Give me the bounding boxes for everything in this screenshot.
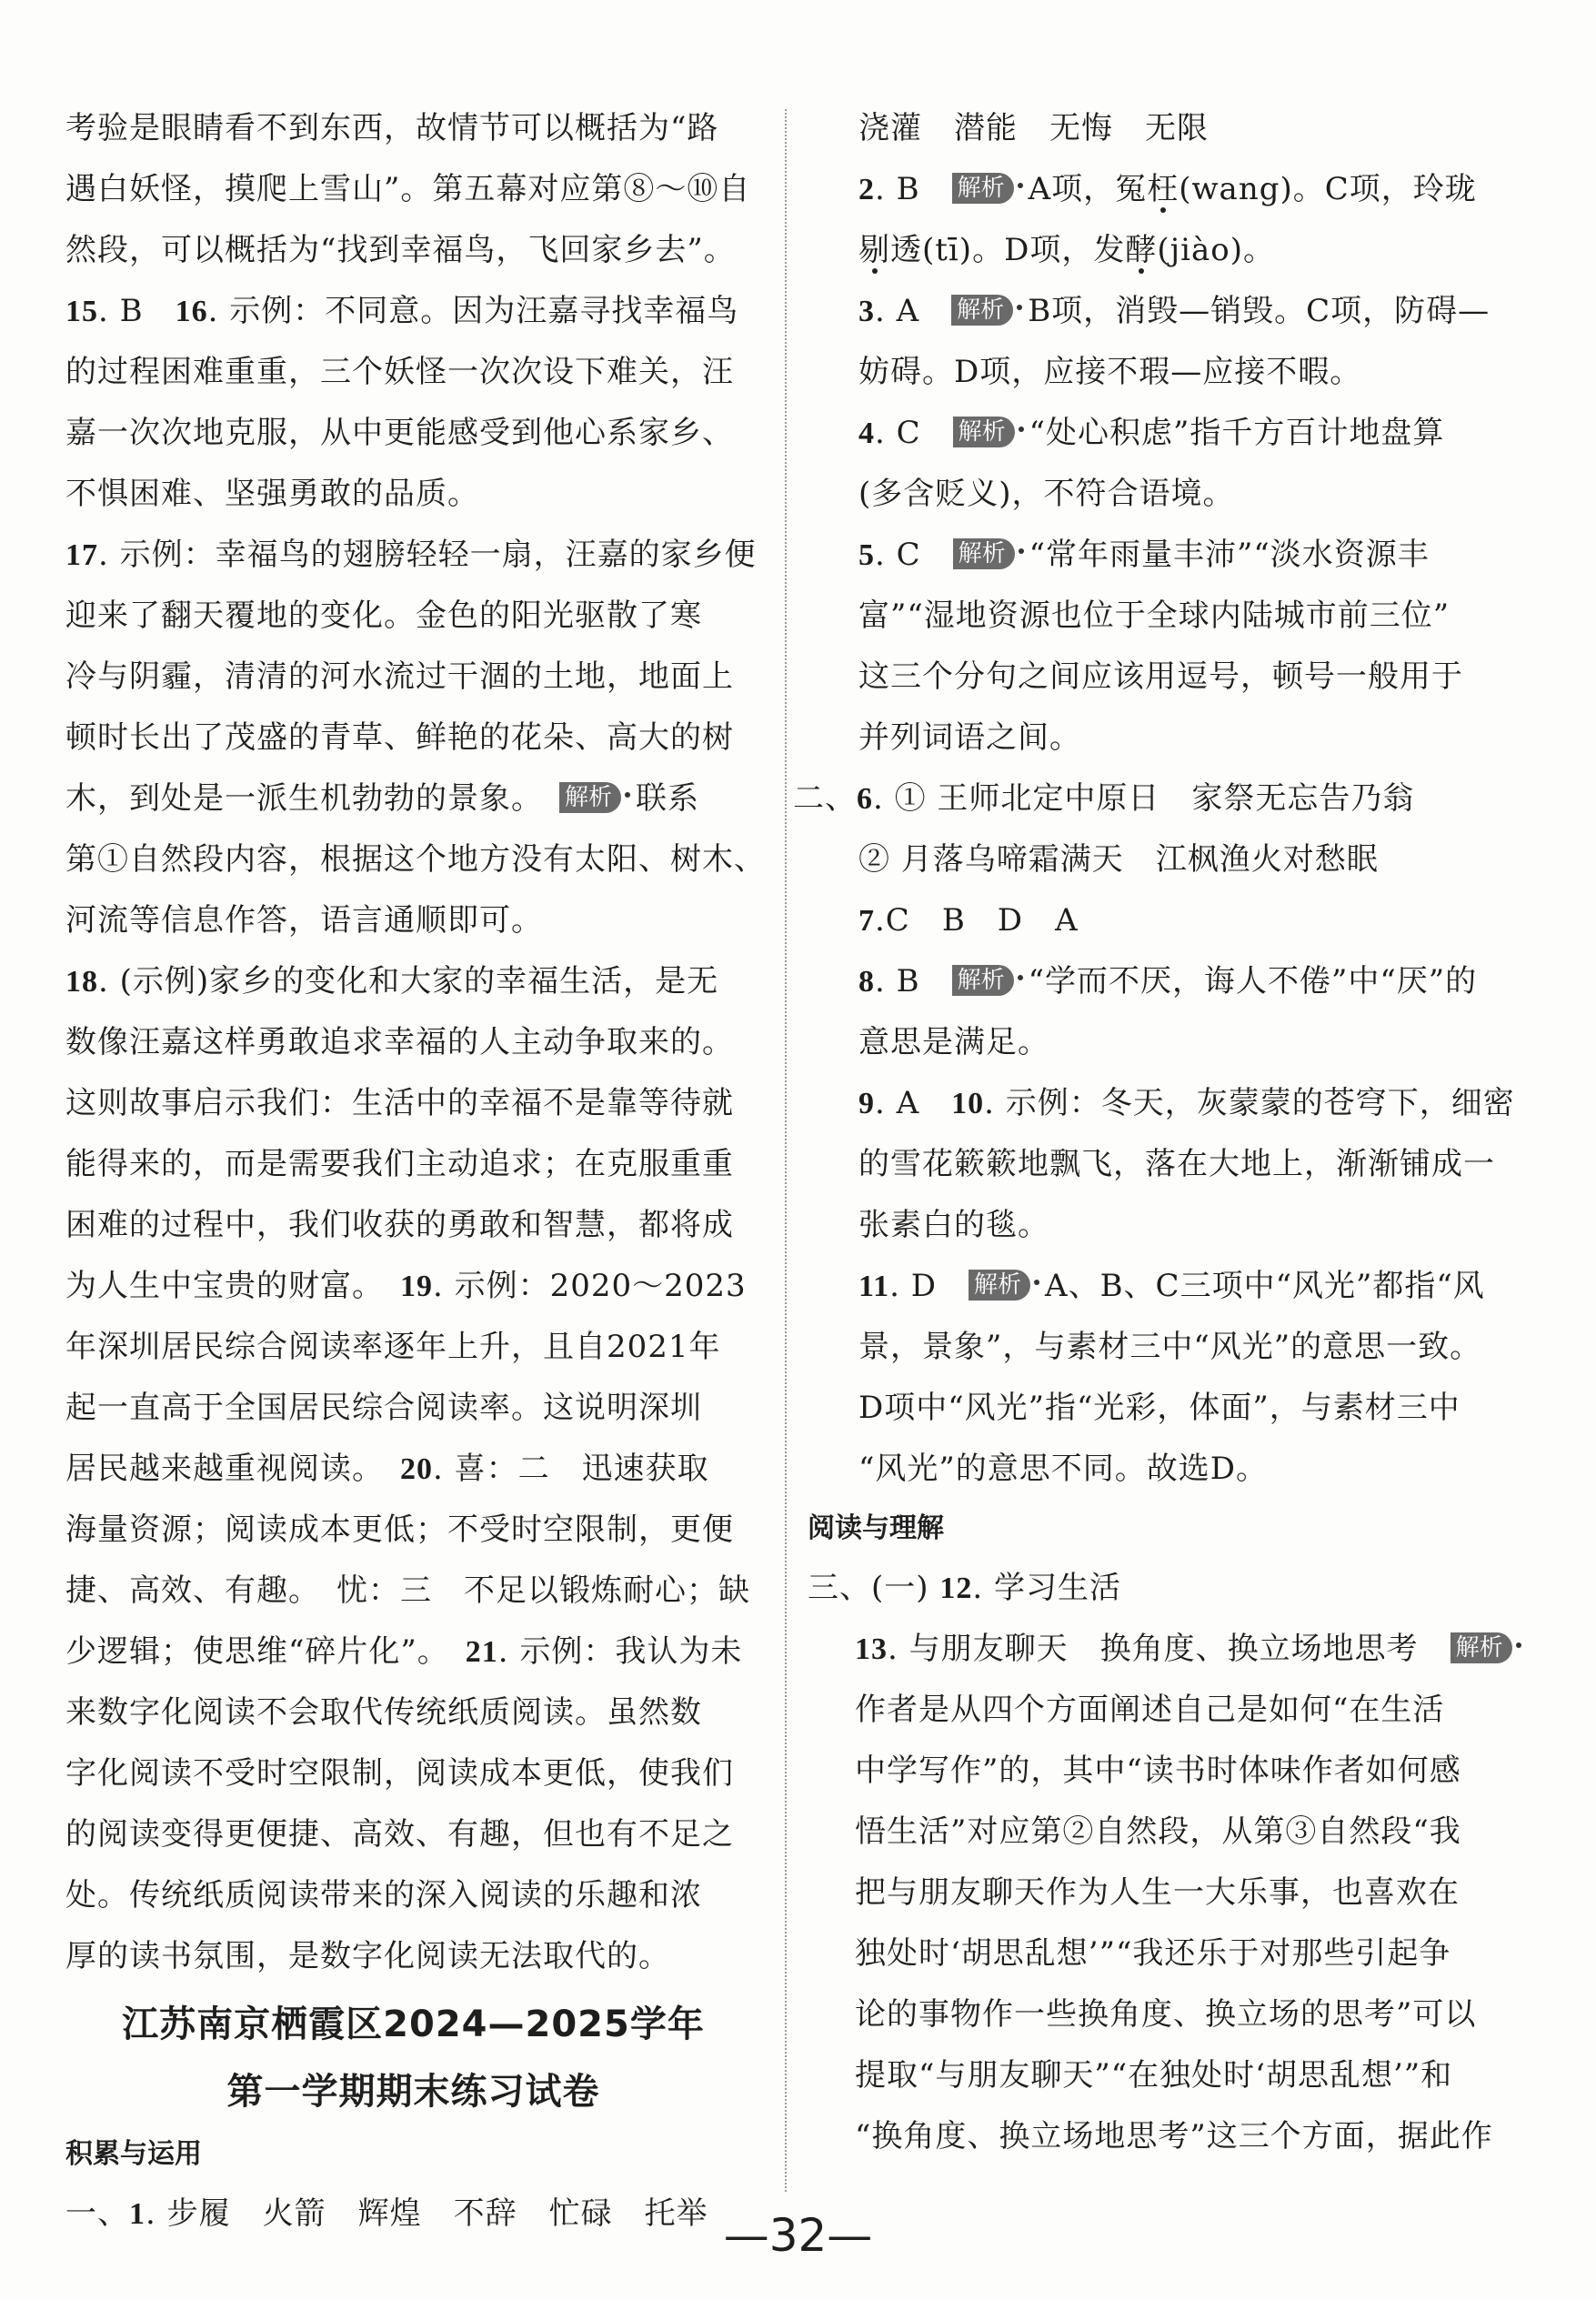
column-divider: [785, 109, 787, 2192]
text-line: 的过程困难重重，三个妖怪一次次设下难关，汪: [65, 342, 761, 403]
emphasized-char: 剔: [858, 232, 890, 268]
left-column: 考验是眼睛看不到东西，故情节可以概括为“路 遇白妖怪，摸爬上雪山”。第五幕对应第…: [65, 98, 761, 2245]
text-line: 这三个分句之间应该用逗号，顿号一般用于: [811, 647, 1511, 708]
answer-letter: . A: [875, 293, 951, 329]
answer-text: . ① 王师北定中原日 家祭无忘告乃翁: [873, 780, 1414, 817]
text-line: 作者是从四个方面阐述自己是如何“在生活: [811, 1680, 1511, 1741]
answer-text: 少逻辑；使思维“碎片化”。: [65, 1633, 466, 1670]
analysis-badge: 解析: [951, 295, 1013, 326]
analysis-badge: 解析: [969, 1270, 1030, 1301]
question-number: 11: [858, 1270, 889, 1303]
text-line: 来数字化阅读不会取代传统纸质阅读。虽然数: [65, 1682, 761, 1743]
analysis-text: “学而不厌，诲人不倦”中“厌”的: [1029, 963, 1478, 999]
text-line: “风光”的意思不同。故选D。: [811, 1439, 1511, 1500]
answer-12: 三、(一) 12. 学习生活: [808, 1558, 1511, 1619]
text-line: 悟生活”对应第②自然段，从第③自然段“我: [811, 1802, 1511, 1863]
text-line: 张素白的毯。: [811, 1195, 1511, 1256]
text-line: 意思是满足。: [811, 1012, 1511, 1073]
answer-19: 为人生中宝贵的财富。 19. 示例：2020～2023: [65, 1256, 761, 1317]
text-line: 厚的读书氛围，是数字化阅读无法取代的。: [65, 1926, 761, 1987]
answer-1-continued: 浇灌 潜能 无悔 无限: [811, 98, 1511, 159]
answer-7: 7.C B D A: [811, 890, 1511, 951]
question-number: 16: [176, 295, 208, 328]
answer-5: 5. C 解析“常年雨量丰沛”“淡水资源丰: [811, 525, 1511, 586]
text-line: 论的事物作一些换角度、换立场的思考”可以: [811, 1984, 1511, 2045]
answer-text: . 示例：冬天，灰蒙蒙的苍穹下，细密: [984, 1085, 1515, 1121]
text-line: 富”“湿地资源也位于全球内陆城市前三位”: [811, 586, 1511, 647]
question-number: 20: [400, 1452, 433, 1486]
answer-text: . 学习生活: [972, 1570, 1121, 1606]
text-line: 考验是眼睛看不到东西，故情节可以概括为“路: [65, 98, 761, 159]
text-line: 然段，可以概括为“找到幸福鸟，飞回家乡去”。: [65, 220, 761, 281]
text-line: 顿时长出了茂盛的青草、鲜艳的花朵、高大的树: [65, 708, 761, 768]
analysis-badge: 解析: [559, 782, 621, 813]
answer-9-10: 9. A 10. 示例：冬天，灰蒙蒙的苍穹下，细密: [811, 1073, 1511, 1134]
answer-8: 8. B 解析“学而不厌，诲人不倦”中“厌”的: [811, 951, 1511, 1012]
question-number: 9: [858, 1087, 875, 1120]
text-line: 把与朋友聊天作为人生一大乐事，也喜欢在: [811, 1863, 1511, 1923]
text-line: D项中“风光”指“光彩，体面”，与素材三中: [811, 1378, 1511, 1439]
text-line: 海量资源；阅读成本更低；不受时空限制，更便: [65, 1500, 761, 1561]
analysis-text: 透(tī)。D项，发: [890, 232, 1125, 268]
text-line-with-analysis: 木，到处是一派生机勃勃的景象。 解析联系: [65, 768, 761, 829]
answer-text: . B: [98, 293, 176, 329]
analysis-badge: 解析: [1450, 1632, 1512, 1663]
text-line: 处。传统纸质阅读带来的深入阅读的乐趣和浓: [65, 1865, 761, 1926]
analysis-text: “处心积虑”指千方百计地盘算: [1029, 415, 1445, 451]
answer-18: 18. (示例)家乡的变化和大家的幸福生活，是无: [65, 951, 761, 1012]
answer-15-16: 15. B 16. 示例：不同意。因为汪嘉寻找幸福鸟: [65, 281, 761, 342]
dot-icon: [1019, 427, 1024, 432]
answer-text: 木，到处是一派生机勃勃的景象。: [65, 780, 559, 817]
dot-icon: [1018, 183, 1023, 188]
question-number: 3: [858, 295, 875, 328]
question-number: 2: [858, 173, 875, 206]
emphasized-char: 酵: [1125, 232, 1157, 268]
analysis-text: 联系: [636, 780, 699, 817]
dot-icon: [1516, 1642, 1521, 1648]
text-line: 这则故事启示我们：生活中的幸福不是靠等待就: [65, 1073, 761, 1134]
text-line: 的雪花簌簌地飘飞，落在大地上，渐渐铺成一: [811, 1134, 1511, 1195]
answer-letter: . D: [889, 1268, 969, 1304]
section-heading-reading: 阅读与理解: [808, 1500, 1511, 1558]
analysis-text: A、B、C三项中“风光”都指“风: [1045, 1268, 1485, 1304]
question-number: 4: [858, 417, 875, 450]
question-number: 6: [857, 782, 873, 816]
analysis-text: B项，消毁—销毁。C项，防碍—: [1028, 293, 1490, 329]
answer-17: 17. 示例：幸福鸟的翅膀轻轻一扇，汪嘉的家乡便: [65, 525, 761, 586]
dot-icon: [1019, 548, 1024, 554]
question-number: 15: [65, 295, 98, 328]
text-line: 捷、高效、有趣。 忧：三 不足以锻炼耐心；缺: [65, 1561, 761, 1622]
analysis-text: “常年雨量丰沛”“淡水资源丰: [1029, 537, 1430, 573]
question-number: 5: [858, 538, 875, 572]
analysis-badge: 解析: [952, 965, 1014, 996]
question-number: 8: [858, 965, 875, 999]
text-line: 嘉一次次地克服，从中更能感受到他心系家乡、: [65, 403, 761, 464]
answer-text: . (示例)家乡的变化和大家的幸福生活，是无: [98, 963, 718, 999]
question-number: 21: [466, 1635, 498, 1669]
question-number: 17: [65, 538, 98, 572]
text-line: 年深圳居民综合阅读率逐年上升，且自2021年: [65, 1317, 761, 1378]
right-column: 浇灌 潜能 无悔 无限 2. B 解析A项，冤枉(wang)。C项，玲珑 剔透(…: [811, 98, 1511, 2167]
question-number: 7: [858, 904, 875, 938]
answer-6: 二、6. ① 王师北定中原日 家祭无忘告乃翁: [793, 768, 1511, 829]
answer-letter: . C: [875, 415, 953, 451]
answer-11: 11. D 解析A、B、C三项中“风光”都指“风: [811, 1256, 1511, 1317]
answer-3: 3. A 解析B项，消毁—销毁。C项，防碍—: [811, 281, 1511, 342]
answer-text: . 喜：二 迅速获取: [433, 1451, 709, 1487]
answer-text: . 示例：2020～2023: [433, 1268, 747, 1304]
dot-icon: [1018, 975, 1023, 980]
analysis-text: (wang)。C项，玲珑: [1179, 171, 1477, 207]
answer-13: 13. 与朋友聊天 换角度、换立场地思考 解析: [811, 1619, 1511, 1680]
text-line: ② 月落乌啼霜满天 江枫渔火对愁眠: [811, 829, 1511, 890]
section-prefix: 三、(一): [808, 1570, 939, 1606]
answer-21: 少逻辑；使思维“碎片化”。 21. 示例：我认为未: [65, 1622, 761, 1682]
text-line: 数像汪嘉这样勇敢追求幸福的人主动争取来的。: [65, 1012, 761, 1073]
section-prefix: 二、: [793, 780, 857, 817]
text-line: 第①自然段内容，根据这个地方没有太阳、树木、: [65, 829, 761, 890]
answer-text: 居民越来越重视阅读。: [65, 1451, 400, 1487]
exam-title: 江苏南京栖霞区2024—2025学年: [65, 1991, 761, 2058]
page-number: —32—: [0, 2208, 1596, 2263]
text-line: (多含贬义)，不符合语境。: [811, 464, 1511, 525]
text-line: 妨碍。D项，应接不瑕—应接不暇。: [811, 342, 1511, 403]
answer-text: . 示例：我认为未: [498, 1633, 743, 1670]
answer-text: 为人生中宝贵的财富。: [65, 1268, 400, 1304]
question-number: 18: [65, 965, 98, 999]
answer-text: . 示例：幸福鸟的翅膀轻轻一扇，汪嘉的家乡便: [98, 537, 757, 573]
text-line: 起一直高于全国居民综合阅读率。这说明深圳: [65, 1378, 761, 1439]
analysis-text: (jiào)。: [1157, 232, 1275, 268]
answer-2: 2. B 解析A项，冤枉(wang)。C项，玲珑: [811, 159, 1511, 220]
analysis-text: A项，冤: [1029, 171, 1148, 207]
exam-subtitle: 第一学期期末练习试卷: [65, 2058, 761, 2125]
question-number: 13: [855, 1632, 888, 1666]
analysis-badge: 解析: [952, 173, 1014, 204]
text-line: 剔透(tī)。D项，发酵(jiào)。: [811, 220, 1511, 281]
answer-letter: . A: [875, 1085, 951, 1121]
text-line: 迎来了翻天覆地的变化。金色的阳光驱散了寒: [65, 586, 761, 647]
text-line: 河流等信息作答，语言通顺即可。: [65, 890, 761, 951]
text-line: 能得来的，而是需要我们主动追求；在克服重重: [65, 1134, 761, 1195]
text-line: “换角度、换立场地思考”这三个方面，据此作: [811, 2106, 1511, 2167]
answer-text: .C B D A: [875, 902, 1079, 939]
question-number: 19: [400, 1270, 433, 1303]
text-line: 不惧困难、坚强勇敢的品质。: [65, 464, 761, 525]
text-line: 并列词语之间。: [811, 708, 1511, 768]
analysis-badge: 解析: [953, 417, 1015, 447]
question-number: 12: [939, 1572, 972, 1605]
text-line: 困难的过程中，我们收获的勇敢和智慧，都将成: [65, 1195, 761, 1256]
answer-text: . 示例：不同意。因为汪嘉寻找幸福鸟: [208, 293, 739, 329]
emphasized-char: 枉: [1147, 171, 1179, 207]
text-line: 遇白妖怪，摸爬上雪山”。第五幕对应第⑧～⑩自: [65, 159, 761, 220]
question-number: 10: [951, 1087, 984, 1120]
section-heading-accumulation: 积累与运用: [65, 2125, 761, 2184]
text-line: 提取“与朋友聊天”“在独处时‘胡思乱想’”和: [811, 2045, 1511, 2106]
answer-letter: . C: [875, 537, 953, 573]
answer-20: 居民越来越重视阅读。 20. 喜：二 迅速获取: [65, 1439, 761, 1500]
answer-letter: . B: [875, 171, 952, 207]
answer-letter: . B: [875, 963, 952, 999]
dot-icon: [625, 792, 630, 798]
dot-icon: [1034, 1280, 1039, 1285]
text-line: 字化阅读不受时空限制，阅读成本更低，使我们: [65, 1743, 761, 1804]
answer-4: 4. C 解析“处心积虑”指千方百计地盘算: [811, 403, 1511, 464]
text-line: 的阅读变得更便捷、高效、有趣，但也有不足之: [65, 1804, 761, 1865]
text-line: 冷与阴霾，清清的河水流过干涸的土地，地面上: [65, 647, 761, 708]
analysis-badge: 解析: [953, 538, 1015, 569]
answer-text: . 与朋友聊天 换角度、换立场地思考: [888, 1631, 1450, 1667]
dot-icon: [1017, 305, 1022, 310]
text-line: 景，景象”，与素材三中“风光”的意思一致。: [811, 1317, 1511, 1378]
text-line: 独处时‘胡思乱想’”“我还乐于对那些引起争: [811, 1923, 1511, 1984]
text-line: 中学写作”的，其中“读书时体味作者如何感: [811, 1741, 1511, 1802]
